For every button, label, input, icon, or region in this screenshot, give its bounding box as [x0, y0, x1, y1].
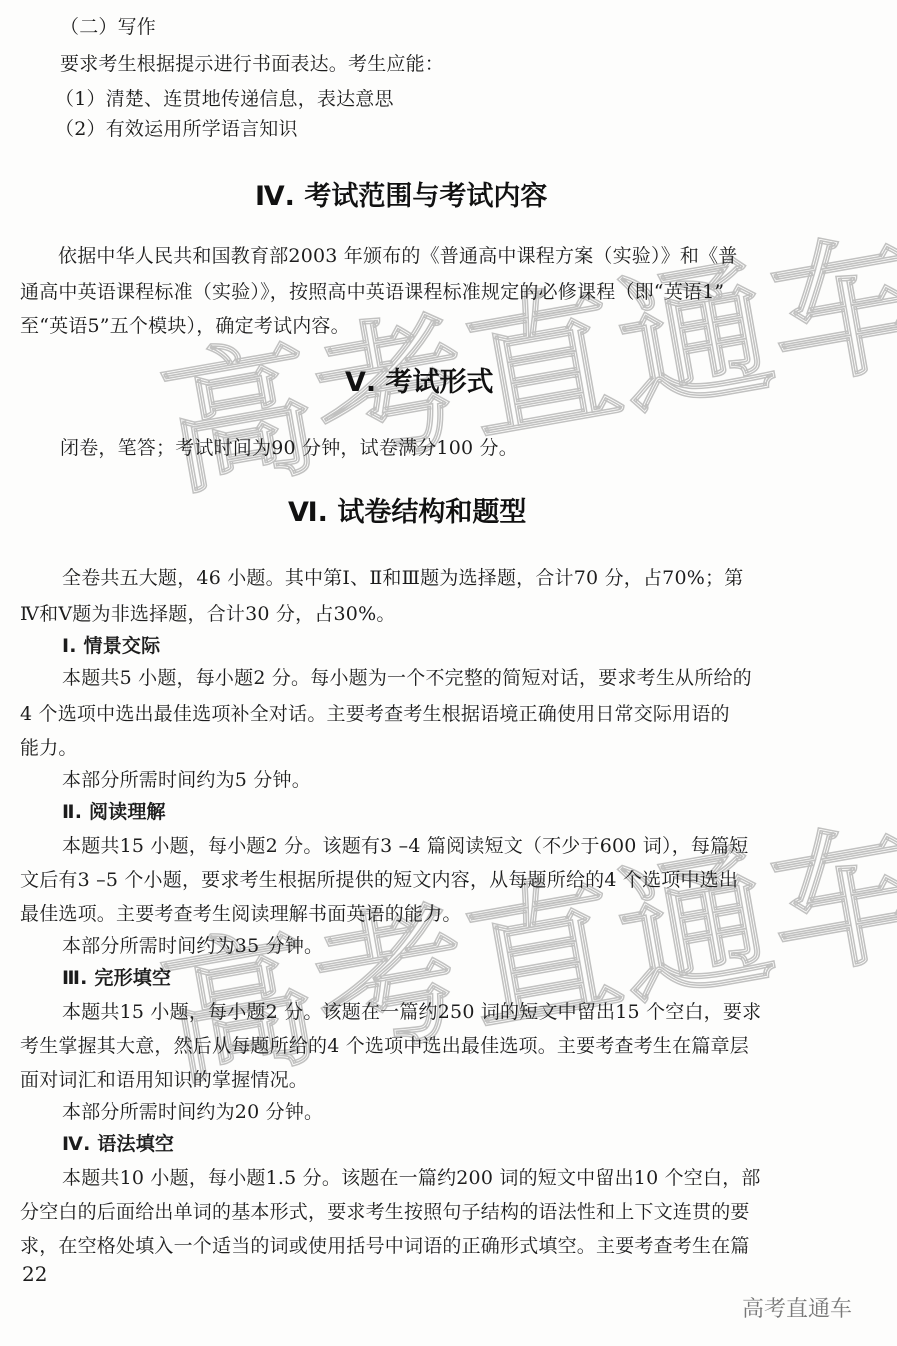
- paragraph-line: 至“英语5”五个模块），确定考试内容。: [20, 314, 350, 338]
- section-heading: Ⅴ. 考试形式: [345, 366, 494, 400]
- document-page: 高考直通车 高考直通车 （二）写作 要求考生根据提示进行书面表达。考生应能： （…: [0, 0, 897, 1346]
- paragraph-line: 4 个选项中选出最佳选项补全对话。主要考查考生根据语境正确使用日常交际用语的: [20, 702, 730, 726]
- subsection-title: Ⅰ. 情景交际: [62, 634, 160, 658]
- writing-intro: 要求考生根据提示进行书面表达。考生应能：: [60, 52, 444, 76]
- time-note: 本部分所需时间约为35 分钟。: [62, 934, 323, 958]
- paragraph-line: 考生掌握其大意，然后从每题所给的4 个选项中选出最佳选项。主要考查考生在篇章层: [20, 1034, 749, 1058]
- subsection-title: Ⅲ. 完形填空: [62, 966, 171, 990]
- writing-item: （1）清楚、连贯地传递信息，表达意思: [55, 87, 394, 111]
- watermark-label: 高考直通车: [742, 1292, 852, 1323]
- paragraph-line: 通高中英语课程标准（实验）》，按照高中英语课程标准规定的必修课程（即“英语1”: [20, 280, 724, 304]
- page-number: 22: [22, 1262, 47, 1286]
- time-note: 本部分所需时间约为20 分钟。: [62, 1100, 323, 1124]
- section-heading: Ⅵ. 试卷结构和题型: [288, 496, 526, 530]
- paragraph-line: 求，在空格处填入一个适当的词或使用括号中词语的正确形式填空。主要考查考生在篇: [20, 1234, 750, 1258]
- writing-item: （2）有效运用所学语言知识: [55, 117, 298, 141]
- paragraph-line: 本题共15 小题，每小题2 分。该题有3 –4 篇阅读短文（不少于600 词），…: [62, 834, 749, 858]
- paragraph-line: 本题共10 小题，每小题1.5 分。该题在一篇约200 词的短文中留出10 个空…: [62, 1166, 761, 1190]
- section-heading: Ⅳ. 考试范围与考试内容: [255, 180, 547, 214]
- paragraph-line: 文后有3 –5 个小题，要求考生根据所提供的短文内容，从每题所给的4 个选项中选…: [20, 868, 738, 892]
- paragraph-line: 能力。: [20, 736, 78, 760]
- paragraph-line: 最佳选项。主要考查考生阅读理解书面英语的能力。: [20, 902, 462, 926]
- paragraph-line: 分空白的后面给出单词的基本形式，要求考生按照句子结构的语法性和上下文连贯的要: [20, 1200, 750, 1224]
- time-note: 本部分所需时间约为5 分钟。: [62, 768, 311, 792]
- subsection-title: Ⅳ. 语法填空: [62, 1132, 174, 1156]
- paragraph-line: 依据中华人民共和国教育部2003 年颁布的《普通高中课程方案（实验）》和《普: [58, 244, 738, 268]
- paragraph-line: 面对词汇和语用知识的掌握情况。: [20, 1068, 308, 1092]
- subsection-title: Ⅱ. 阅读理解: [62, 800, 166, 824]
- paragraph-line: 本题共15 小题，每小题2 分。该题在一篇约250 词的短文中留出15 个空白，…: [62, 1000, 761, 1024]
- paragraph-line: 本题共5 小题，每小题2 分。每小题为一个不完整的简短对话，要求考生从所给的: [62, 666, 752, 690]
- paragraph-line: Ⅳ和Ⅴ题为非选择题，合计30 分，占30%。: [20, 602, 396, 626]
- writing-title: （二）写作: [60, 15, 156, 39]
- paragraph-line: 全卷共五大题，46 小题。其中第Ⅰ、Ⅱ和Ⅲ题为选择题，合计70 分，占70%；第: [62, 566, 743, 590]
- paragraph-line: 闭卷，笔答；考试时间为90 分钟，试卷满分100 分。: [60, 436, 518, 460]
